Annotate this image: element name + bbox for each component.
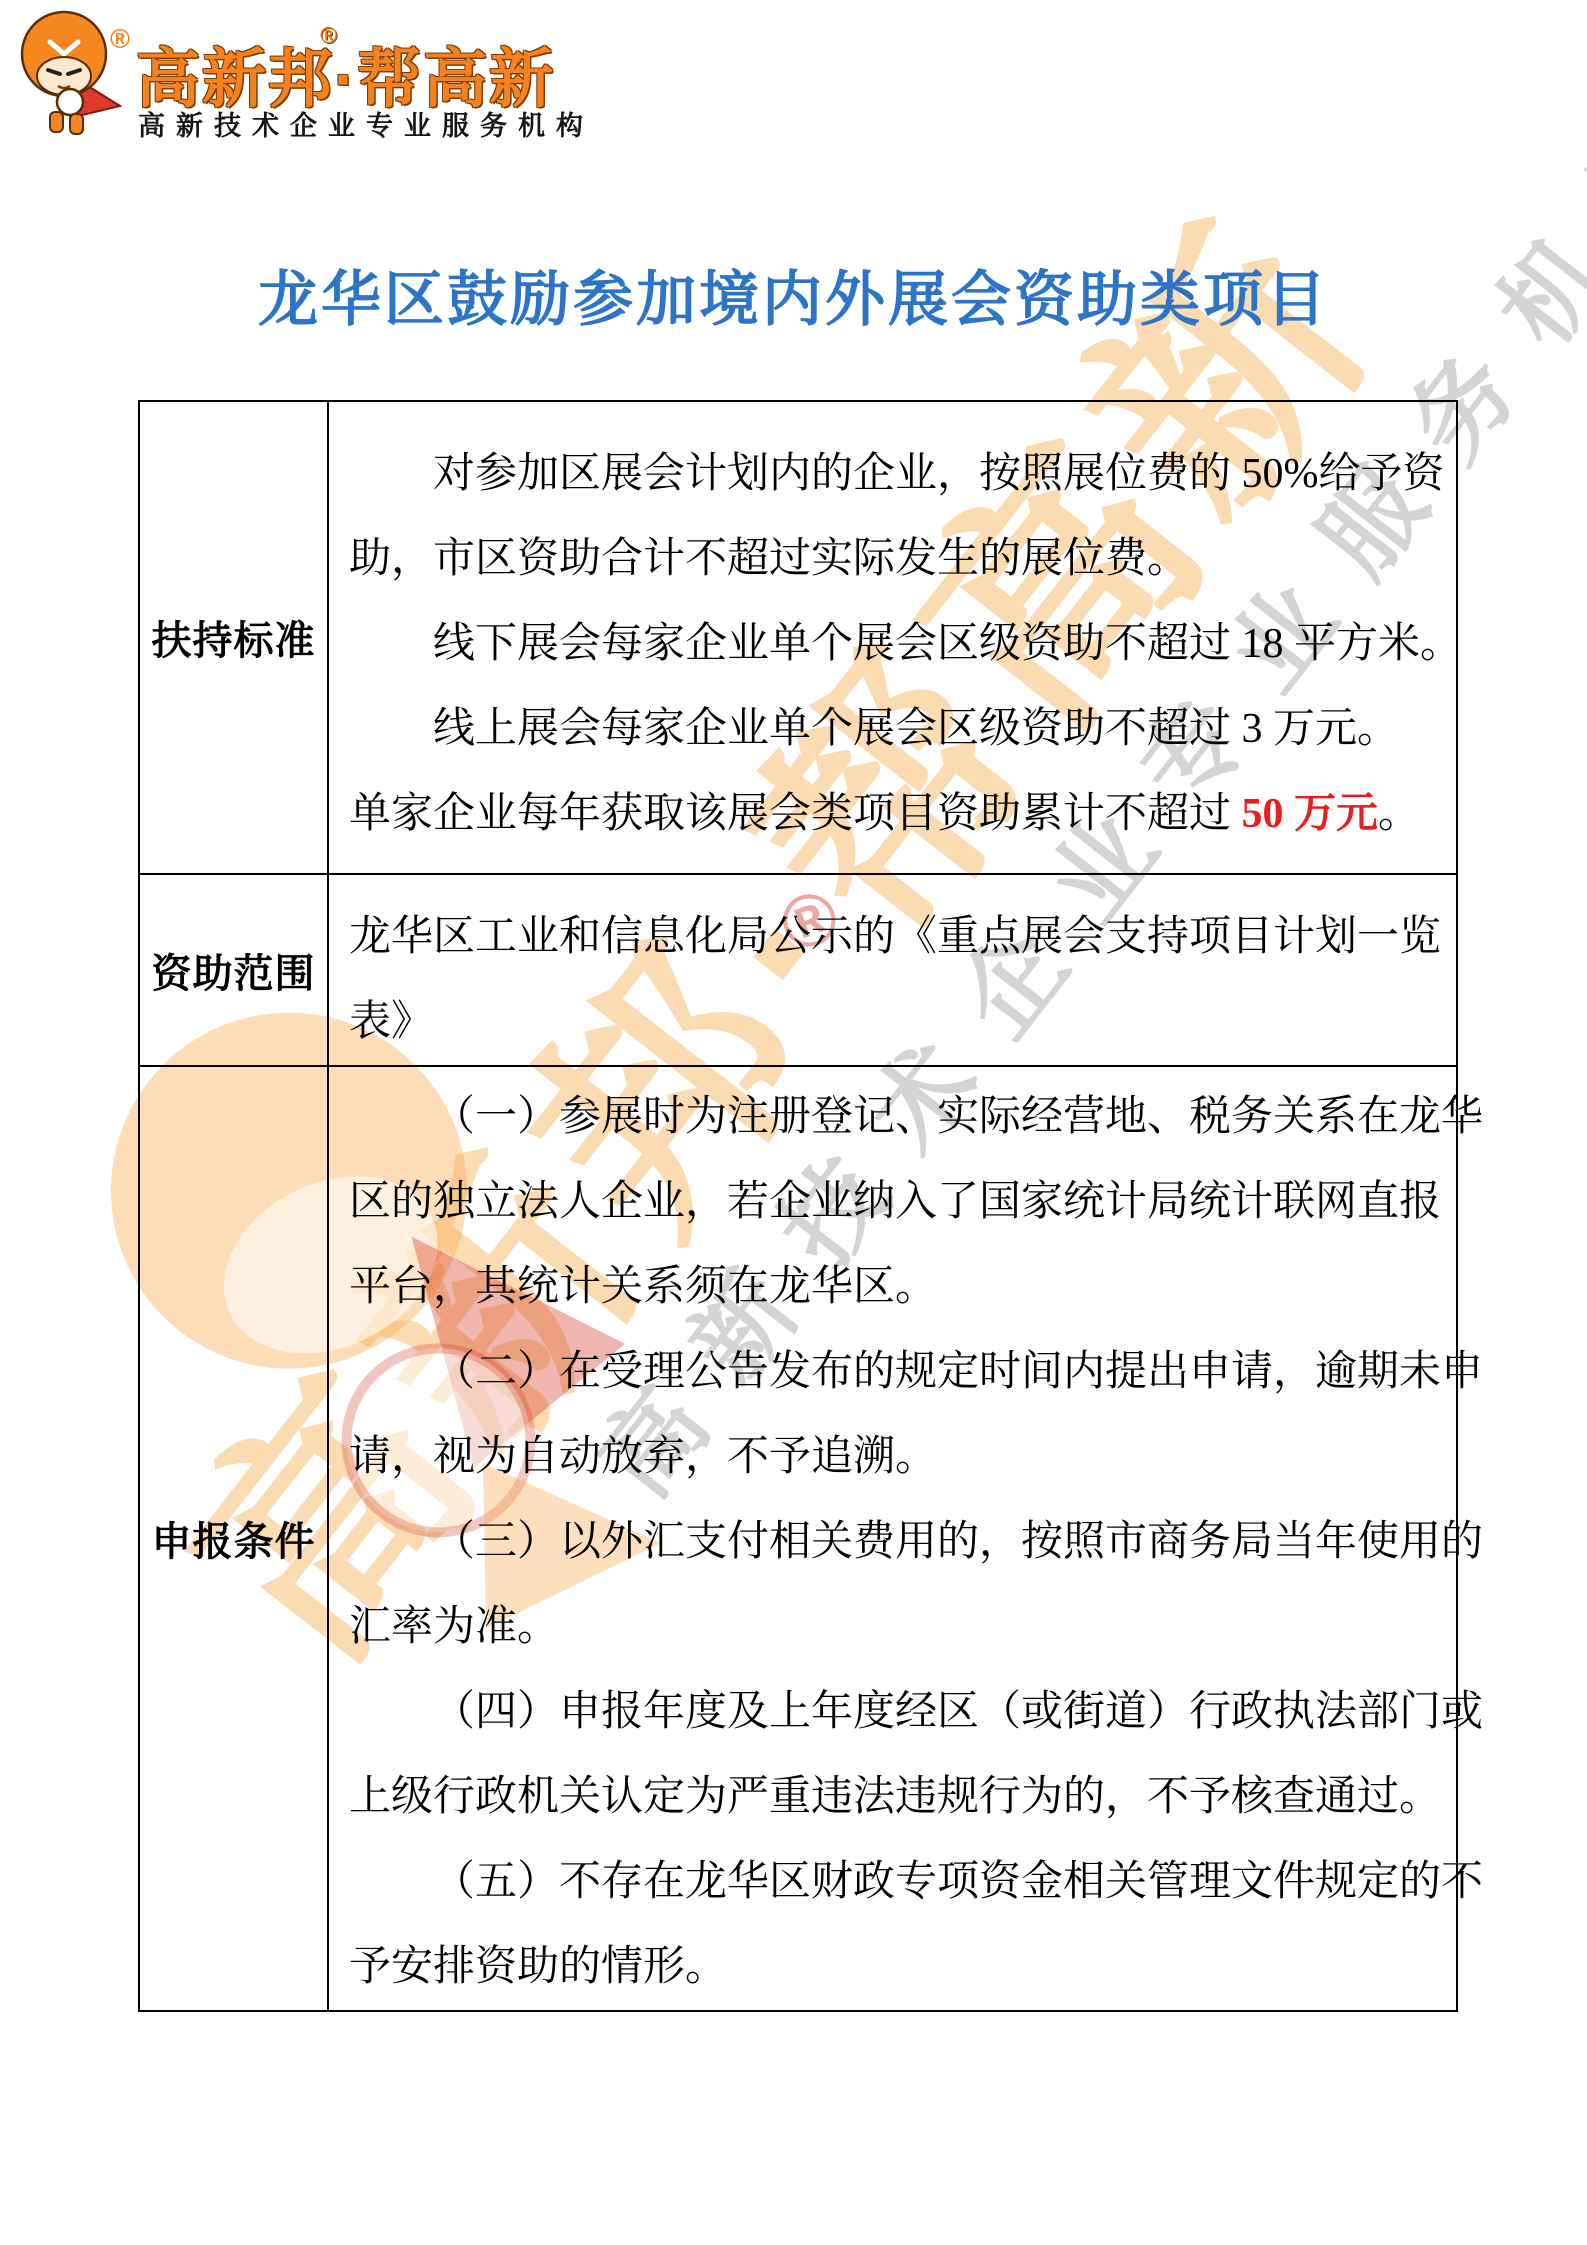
text-line: 汇率为准。 bbox=[349, 1585, 1483, 1670]
brand-tagline-text: 高新技术企业专业服务机构 bbox=[138, 104, 594, 143]
text-segment: 。 bbox=[1378, 791, 1420, 837]
table-row-support-standard: 扶持标准 对参加区展会计划内的企业，按照展位费的 50%给予资 助，市区资助合计… bbox=[140, 402, 1456, 873]
table-row-application-conditions: 申报条件 （一）参展时为注册登记、实际经营地、税务关系在龙华 区的独立法人企业，… bbox=[140, 1065, 1456, 2010]
table-row-funding-scope: 资助范围 龙华区工业和信息化局公示的《重点展会支持项目计划一览 表》 bbox=[140, 873, 1456, 1065]
mascot-icon bbox=[12, 6, 124, 136]
text-line: （四）申报年度及上年度经区（或街道）行政执法部门或 bbox=[349, 1670, 1483, 1755]
text-line: 单家企业每年获取该展会类项目资助累计不超过 50 万元。 bbox=[349, 772, 1462, 857]
text-line: 线上展会每家企业单个展会区级资助不超过 3 万元。 bbox=[349, 687, 1462, 772]
text-line: （二）在受理公告发布的规定时间内提出申请，逾期未申 bbox=[349, 1330, 1483, 1415]
text-line: 对参加区展会计划内的企业，按照展位费的 50%给予资 bbox=[349, 432, 1462, 517]
text-segment: 单家企业每年获取该展会类项目资助累计不超过 bbox=[349, 791, 1242, 837]
document-page: 高新邦·帮高新 高新技术企业专业服务机构 ® ® 高新邦·帮高新 ® 高新技术企… bbox=[0, 0, 1587, 2245]
text-line: 助，市区资助合计不超过实际发生的展位费。 bbox=[349, 517, 1462, 602]
text-line: 表》 bbox=[349, 980, 1441, 1065]
policy-table: 扶持标准 对参加区展会计划内的企业，按照展位费的 50%给予资 助，市区资助合计… bbox=[138, 400, 1458, 2012]
text-line: 平台，其统计关系须在龙华区。 bbox=[349, 1245, 1483, 1330]
row-content-support-standard: 对参加区展会计划内的企业，按照展位费的 50%给予资 助，市区资助合计不超过实际… bbox=[329, 402, 1480, 873]
row-header-funding-scope: 资助范围 bbox=[140, 875, 329, 1065]
text-line: 龙华区工业和信息化局公示的《重点展会支持项目计划一览 bbox=[349, 895, 1441, 980]
highlighted-amount: 50 万元 bbox=[1242, 791, 1379, 837]
text-line: 线下展会每家企业单个展会区级资助不超过 18 平方米。 bbox=[349, 602, 1462, 687]
text-line: 予安排资助的情形。 bbox=[349, 1925, 1483, 2010]
text-line: 上级行政机关认定为严重违法违规行为的，不予核查通过。 bbox=[349, 1755, 1483, 1840]
page-title: 龙华区鼓励参加境内外展会资助类项目 bbox=[0, 252, 1587, 338]
text-line: 区的独立法人企业，若企业纳入了国家统计局统计联网直报 bbox=[349, 1160, 1483, 1245]
text-line: （一）参展时为注册登记、实际经营地、税务关系在龙华 bbox=[349, 1075, 1483, 1160]
registered-mark-icon: ® bbox=[110, 24, 130, 55]
row-content-funding-scope: 龙华区工业和信息化局公示的《重点展会支持项目计划一览 表》 bbox=[329, 875, 1459, 1065]
text-line: 请，视为自动放弃，不予追溯。 bbox=[349, 1415, 1483, 1500]
row-header-application-conditions: 申报条件 bbox=[140, 1067, 329, 2010]
text-line: （三）以外汇支付相关费用的，按照市商务局当年使用的 bbox=[349, 1500, 1483, 1585]
text-line: （五）不存在龙华区财政专项资金相关管理文件规定的不 bbox=[349, 1840, 1483, 1925]
row-header-support-standard: 扶持标准 bbox=[140, 402, 329, 873]
registered-mark-icon: ® bbox=[320, 22, 337, 49]
row-content-application-conditions: （一）参展时为注册登记、实际经营地、税务关系在龙华 区的独立法人企业，若企业纳入… bbox=[329, 1067, 1501, 2010]
